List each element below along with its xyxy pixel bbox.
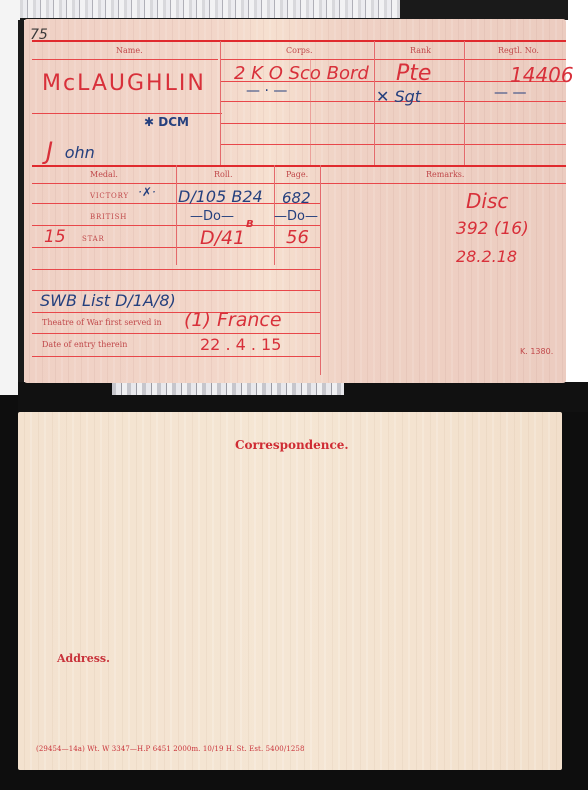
corps-entry: 2 K O Sco Bord	[234, 63, 369, 84]
header-corps: Corps.	[286, 46, 313, 55]
address-label: Address.	[57, 652, 110, 665]
corner-mark: 75	[30, 27, 48, 43]
scan-artifact-top	[20, 0, 400, 18]
medal-british: BRITISH	[90, 213, 127, 221]
col-divider	[176, 165, 177, 265]
victory-page: 682	[282, 189, 311, 207]
rule	[220, 123, 566, 124]
correspondence-heading: Correspondence.	[235, 438, 349, 452]
medal-card-front: Name. Corps. Rank Regtl. No. 75 McLAUGHL…	[24, 19, 566, 383]
star-roll: D/41	[200, 227, 245, 249]
rank-entry: Pte	[396, 61, 431, 86]
remarks-line-3: 28.2.18	[456, 247, 517, 266]
header-remarks: Remarks.	[426, 170, 464, 179]
col-divider	[464, 41, 465, 165]
print-footer: (29454—14a) Wt. W 3347—H.P 6451 2000m. 1…	[36, 745, 305, 753]
col-divider	[320, 165, 321, 375]
form-number: K. 1380.	[520, 347, 553, 356]
medal-card-back: Correspondence. Address. (29454—14a) Wt.…	[18, 412, 562, 770]
header-rank: Rank	[410, 46, 431, 55]
header-roll: Roll.	[214, 170, 233, 179]
rule-name-mid	[32, 113, 222, 114]
corps-ditto: — · —	[246, 83, 287, 99]
award-dcm: ✱ DCM	[144, 115, 189, 129]
remarks-line-1: Disc	[466, 189, 508, 213]
medal-star: STAR	[82, 235, 105, 243]
first-name: John	[60, 143, 95, 162]
theatre-label: Theatre of War first served in	[42, 318, 162, 327]
rule	[220, 144, 566, 145]
rule-header	[220, 59, 566, 60]
medal-victory: VICTORY	[90, 192, 129, 200]
star-page: 56	[286, 227, 309, 248]
date-entry-label: Date of entry therein	[42, 340, 127, 349]
rule	[32, 356, 320, 357]
header-regtl-no: Regtl. No.	[498, 46, 539, 55]
header-page: Page.	[286, 170, 308, 179]
theatre-value: (1) France	[184, 309, 282, 331]
surname: McLAUGHLIN	[42, 71, 206, 96]
col-divider	[220, 41, 221, 165]
header-medal: Medal.	[90, 170, 118, 179]
rule	[32, 269, 320, 270]
swb-list-note: SWB List D/1A/8)	[40, 291, 176, 310]
scan-margin-right	[568, 0, 588, 395]
rule-name-header	[32, 59, 218, 60]
victory-roll: D/105 B24	[178, 187, 263, 206]
remarks-line-2: 392 (16)	[456, 219, 529, 239]
british-page: —Do—	[274, 209, 318, 224]
british-roll: —Do—	[190, 209, 234, 224]
scan-artifact-mid	[112, 383, 344, 395]
regtl-no-entry: 14406	[510, 63, 574, 87]
header-name: Name.	[116, 46, 143, 55]
rule-section	[32, 165, 566, 167]
victory-mark: ·✗·	[138, 185, 156, 199]
date-entry-value: 22 . 4 . 15	[200, 335, 281, 354]
star-roll-suffix: B	[246, 219, 254, 230]
rule-medal-header	[32, 183, 566, 184]
regtl-no-ditto: — —	[494, 85, 526, 101]
first-name-initial: J	[46, 137, 53, 165]
col-divider	[374, 41, 375, 165]
rule-top	[32, 40, 566, 42]
star-prefix: 15	[44, 227, 66, 247]
scan-margin-left	[0, 0, 20, 395]
rank-promoted: ✕ Sgt	[376, 87, 421, 106]
rule	[32, 333, 320, 334]
